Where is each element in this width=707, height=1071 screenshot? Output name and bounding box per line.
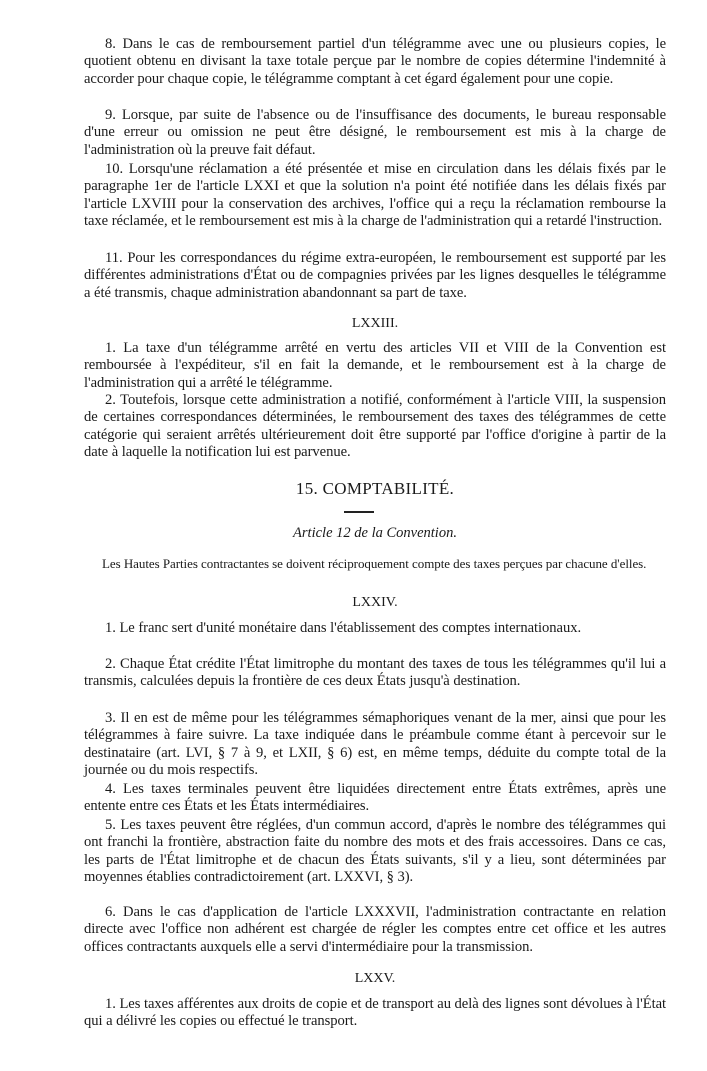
divider-rule [344, 511, 374, 513]
paragraph-lxxv-1: 1. Les taxes afférentes aux droits de co… [84, 996, 666, 1031]
paragraph-lxxiv-2: 2. Chaque État crédite l'État limitrophe… [84, 656, 666, 691]
paragraph-text: 11. Pour les correspondances du régime e… [84, 250, 666, 302]
paragraph-text: 8. Dans le cas de remboursement partiel … [84, 36, 666, 88]
paragraph-text: 1. La taxe d'un télégramme arrêté en ver… [84, 340, 666, 392]
section-subtitle: Article 12 de la Convention. [84, 525, 666, 542]
paragraph-text: 1. Les taxes afférentes aux droits de co… [84, 996, 666, 1031]
paragraph-text: 6. Dans le cas d'application de l'articl… [84, 904, 666, 956]
paragraph-lxxiii-1: 1. La taxe d'un télégramme arrêté en ver… [84, 340, 666, 392]
paragraph-text: Les Hautes Parties contractantes se doiv… [84, 556, 666, 573]
paragraph-text: 2. Chaque État crédite l'État limitrophe… [84, 656, 666, 691]
paragraph-text: 2. Toutefois, lorsque cette administrati… [84, 392, 666, 462]
article-heading-lxxv: LXXV. [84, 971, 666, 987]
document-page: 8. Dans le cas de remboursement partiel … [0, 0, 707, 1071]
article-heading-lxxiv: LXXIV. [84, 595, 666, 611]
paragraph-lxxiv-5: 5. Les taxes peuvent être réglées, d'un … [84, 817, 666, 887]
paragraph-text: 5. Les taxes peuvent être réglées, d'un … [84, 817, 666, 887]
paragraph-text: 10. Lorsqu'une réclamation a été présent… [84, 161, 666, 231]
paragraph-text: 3. Il en est de même pour les télégramme… [84, 710, 666, 780]
paragraph-8: 8. Dans le cas de remboursement partiel … [84, 36, 666, 88]
paragraph-11: 11. Pour les correspondances du régime e… [84, 250, 666, 302]
paragraph-10: 10. Lorsqu'une réclamation a été présent… [84, 161, 666, 231]
convention-excerpt: Les Hautes Parties contractantes se doiv… [84, 556, 666, 573]
paragraph-9: 9. Lorsque, par suite de l'absence ou de… [84, 107, 666, 159]
paragraph-lxxiv-6: 6. Dans le cas d'application de l'articl… [84, 904, 666, 956]
paragraph-text: 4. Les taxes terminales peuvent être liq… [84, 781, 666, 816]
paragraph-text: 9. Lorsque, par suite de l'absence ou de… [84, 107, 666, 159]
section-title: 15. COMPTABILITÉ. [84, 479, 666, 499]
paragraph-lxxiv-3: 3. Il en est de même pour les télégramme… [84, 710, 666, 780]
paragraph-lxxiv-1: 1. Le franc sert d'unité monétaire dans … [84, 620, 666, 637]
paragraph-text: 1. Le franc sert d'unité monétaire dans … [84, 620, 666, 637]
paragraph-lxxiii-2: 2. Toutefois, lorsque cette administrati… [84, 392, 666, 462]
article-heading-lxxiii: LXXIII. [84, 316, 666, 332]
paragraph-lxxiv-4: 4. Les taxes terminales peuvent être liq… [84, 781, 666, 816]
